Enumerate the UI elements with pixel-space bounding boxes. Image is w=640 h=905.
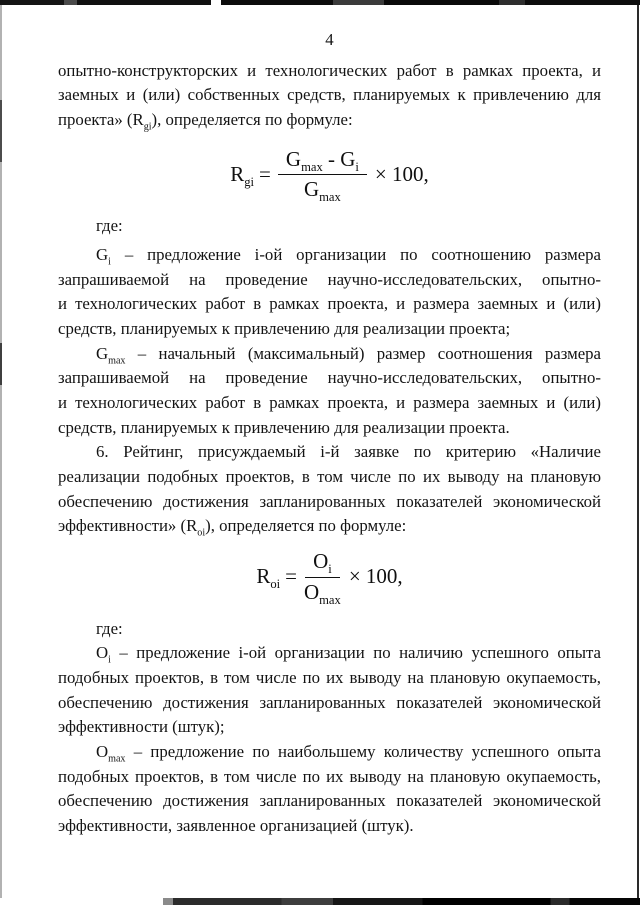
scan-left-edge-mark [0,343,2,385]
text-line: и технологических работ в рамках проекта… [58,292,601,317]
text-line: средств, планируемых к привлечению для р… [58,416,601,441]
text-line: обеспечению достижения запланированных п… [58,490,601,515]
paragraph-omax-definition: Omax – предложение по наибольшему количе… [58,740,601,839]
formula-lhs: Rgi [230,162,254,187]
text-line: эффективности» (Roi), определяется по фо… [58,514,601,539]
text-line: Oi – предложение i-ой организации по нал… [58,641,601,666]
page-number: 4 [58,28,601,53]
text-line: опытно-конструкторских и технологических… [58,59,601,84]
text-line: запрашиваемой на проведение научно-иссле… [58,366,601,391]
scan-bottom-edge [0,898,640,905]
formula-roi: Roi = Oi Omax × 100, [58,549,601,604]
fraction-denominator: Omax [304,578,341,605]
page-content: 4 опытно-конструкторских и технологическ… [58,5,601,839]
paragraph-oi-definition: Oi – предложение i-ой организации по нал… [58,641,601,740]
text-line: где: [58,617,601,642]
paragraph-gmax-definition: Gmax – начальный (максимальный) размер с… [58,342,601,441]
where-label: где: [58,617,601,642]
paragraph-continuation: опытно-конструкторских и технологических… [58,59,601,133]
fraction: Gmax - Gi Gmax [278,147,367,202]
fraction-numerator: Gmax - Gi [278,147,367,176]
where-label: где: [58,214,601,239]
scan-left-edge [0,5,2,898]
equals-sign: = [259,162,271,187]
formula-multiplier: × 100, [349,564,403,589]
formula-multiplier: × 100, [375,162,429,187]
scanned-document-page: 4 опытно-конструкторских и технологическ… [0,0,640,905]
text-line: Gmax – начальный (максимальный) размер с… [58,342,601,367]
text-line: Omax – предложение по наибольшему количе… [58,740,601,765]
fraction: Oi Omax [304,549,341,604]
formula-rgi: Rgi = Gmax - Gi Gmax × 100, [58,147,601,202]
text-line: Gi – предложение i-ой организации по соо… [58,243,601,268]
text-line: реализации подобных проектов, в том числ… [58,465,601,490]
text-line: проекта» (Rgi), определяется по формуле: [58,108,601,133]
text-line: обеспечению достижения запланированных п… [58,691,601,716]
text-line: запрашиваемой на проведение научно-иссле… [58,268,601,293]
text-line: где: [58,214,601,239]
text-line: эффективности (штук); [58,715,601,740]
text-line: средств, планируемых к привлечению для р… [58,317,601,342]
text-line: и технологических работ в рамках проекта… [58,391,601,416]
text-line: 6. Рейтинг, присуждаемый i-й заявке по к… [58,440,601,465]
formula-lhs: Roi [256,564,280,589]
text-line: подобных проектов, в том числе по их выв… [58,666,601,691]
paragraph-item-6: 6. Рейтинг, присуждаемый i-й заявке по к… [58,440,601,539]
scan-right-edge [637,5,639,898]
text-line: заемных и (или) собственных средств, пла… [58,83,601,108]
fraction-denominator: Gmax [304,175,341,202]
text-line: обеспечению достижения запланированных п… [58,789,601,814]
paragraph-gi-definition: Gi – предложение i-ой организации по соо… [58,243,601,342]
text-line: эффективности, заявленное организацией (… [58,814,601,839]
scan-left-edge-mark [0,100,2,162]
equals-sign: = [285,564,297,589]
text-line: подобных проектов, в том числе по их выв… [58,765,601,790]
fraction-numerator: Oi [305,549,340,578]
